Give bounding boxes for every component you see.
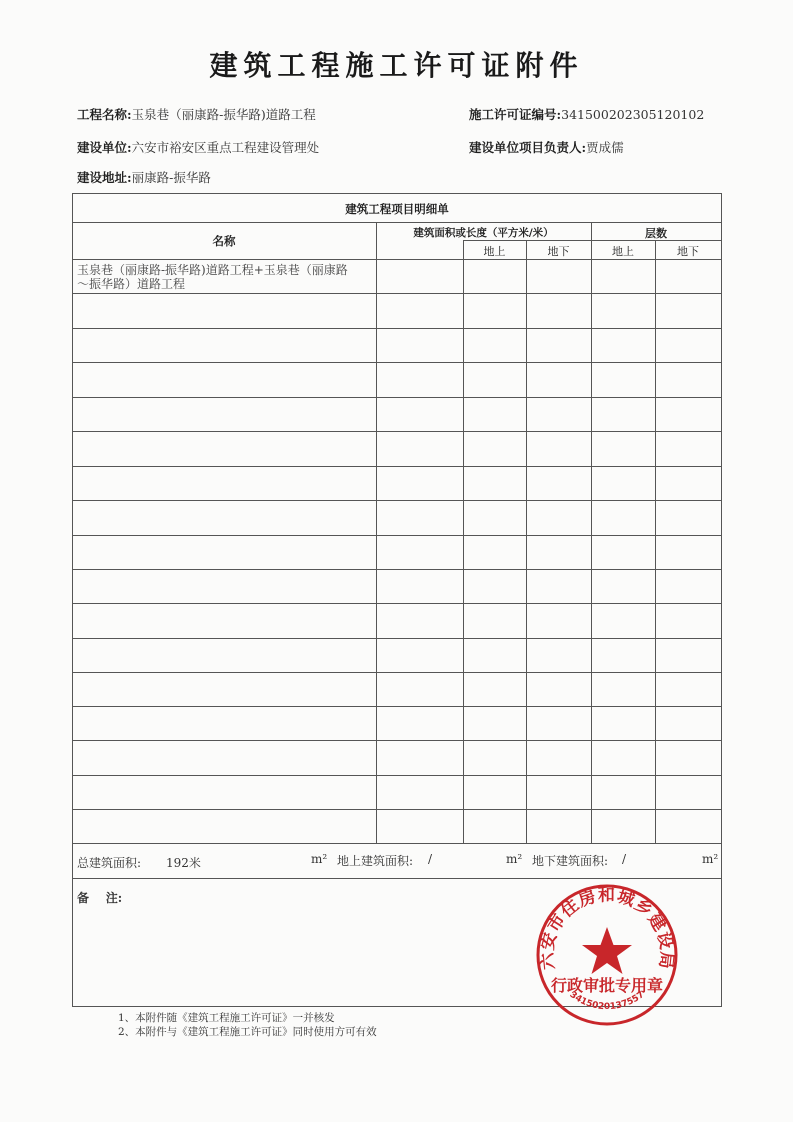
table-border-top — [72, 193, 722, 194]
row-line — [72, 706, 722, 707]
below-area-unit: m² — [702, 852, 718, 866]
row-line — [72, 809, 722, 810]
total-area-label: 总建筑面积: — [77, 854, 141, 871]
row-line — [72, 466, 722, 467]
address-label: 建设地址: — [77, 170, 132, 185]
col-line-area-below — [526, 240, 527, 843]
header-divider — [72, 259, 722, 260]
footnote-2: 2、本附件与《建筑工程施工许可证》同时使用方可有效 — [118, 1024, 377, 1039]
permit-number-label: 施工许可证编号: — [469, 107, 561, 122]
row-line — [72, 569, 722, 570]
header-area-above: 地上 — [463, 243, 526, 259]
below-area-value: / — [622, 852, 626, 866]
summary-bottom — [72, 878, 722, 879]
builder-unit-label: 建设单位: — [77, 140, 132, 155]
seal-icon: 六安市住房和城乡建设局 行政审批专用章 3415020137557 — [535, 883, 679, 1027]
row-line — [72, 740, 722, 741]
row-line — [72, 775, 722, 776]
builder-leader-field: 建设单位项目负责人:贾成儒 — [469, 138, 624, 156]
permit-number-field: 施工许可证编号:341500202305120102 — [469, 105, 704, 123]
row-line — [72, 672, 722, 673]
address-field: 建设地址:丽康路-振华路 — [77, 168, 211, 186]
total-area-unit: m² — [311, 852, 327, 866]
row-line — [72, 293, 722, 294]
row-line — [72, 362, 722, 363]
header-floors-below: 地下 — [655, 243, 721, 259]
above-area-unit: m² — [506, 852, 522, 866]
project-name-field: 工程名称:玉泉巷（丽康路-振华路)道路工程 — [77, 105, 316, 123]
row-name-line2: ～振华路）道路工程 — [77, 277, 348, 291]
row-line — [72, 397, 722, 398]
builder-unit-field: 建设单位:六安市裕安区重点工程建设管理处 — [77, 138, 319, 156]
row-line — [72, 535, 722, 536]
project-name-value: 玉泉巷（丽康路-振华路)道路工程 — [132, 107, 316, 122]
address-value: 丽康路-振华路 — [132, 170, 211, 185]
below-area-label: 地下建筑面积: — [532, 852, 608, 869]
table-row: 玉泉巷（丽康路-振华路)道路工程+玉泉巷（丽康路 ～振华路）道路工程 — [77, 263, 348, 291]
official-seal: 六安市住房和城乡建设局 行政审批专用章 3415020137557 — [535, 883, 679, 1027]
above-area-value: / — [428, 852, 432, 866]
header-floors-group: 层数 — [591, 225, 721, 241]
header-floors-above: 地上 — [591, 243, 655, 259]
builder-leader-value: 贾成儒 — [586, 140, 624, 155]
seal-inner-text: 行政审批专用章 — [551, 976, 663, 995]
table-title: 建筑工程项目明细单 — [72, 201, 722, 217]
total-area-value: 192米 — [166, 854, 201, 871]
header-area-below: 地下 — [526, 243, 591, 259]
table-title-divider — [72, 222, 722, 223]
remarks-label: 备 注: — [77, 889, 122, 906]
row-line — [72, 638, 722, 639]
table-border-left — [72, 193, 73, 1006]
row-line — [72, 431, 722, 432]
row-name-line1: 玉泉巷（丽康路-振华路)道路工程+玉泉巷（丽康路 — [77, 263, 348, 277]
col-line-area-above — [463, 240, 464, 843]
header-area-group: 建筑面积或长度（平方米/米） — [376, 225, 591, 240]
table-body-bottom — [72, 843, 722, 844]
above-area-label: 地上建筑面积: — [337, 852, 413, 869]
document-title: 建筑工程施工许可证附件 — [0, 44, 793, 84]
col-line-name — [376, 222, 377, 843]
permit-number-value: 341500202305120102 — [561, 107, 704, 122]
row-line — [72, 603, 722, 604]
project-name-label: 工程名称: — [77, 107, 132, 122]
row-line — [72, 500, 722, 501]
table-border-right — [721, 193, 722, 1006]
col-line-floors-below — [655, 240, 656, 843]
header-name: 名称 — [72, 233, 376, 249]
builder-unit-value: 六安市裕安区重点工程建设管理处 — [132, 140, 320, 155]
row-line — [72, 328, 722, 329]
col-line-floors — [591, 222, 592, 843]
footnote-1: 1、本附件随《建筑工程施工许可证》一并核发 — [118, 1010, 335, 1025]
builder-leader-label: 建设单位项目负责人: — [469, 140, 586, 155]
